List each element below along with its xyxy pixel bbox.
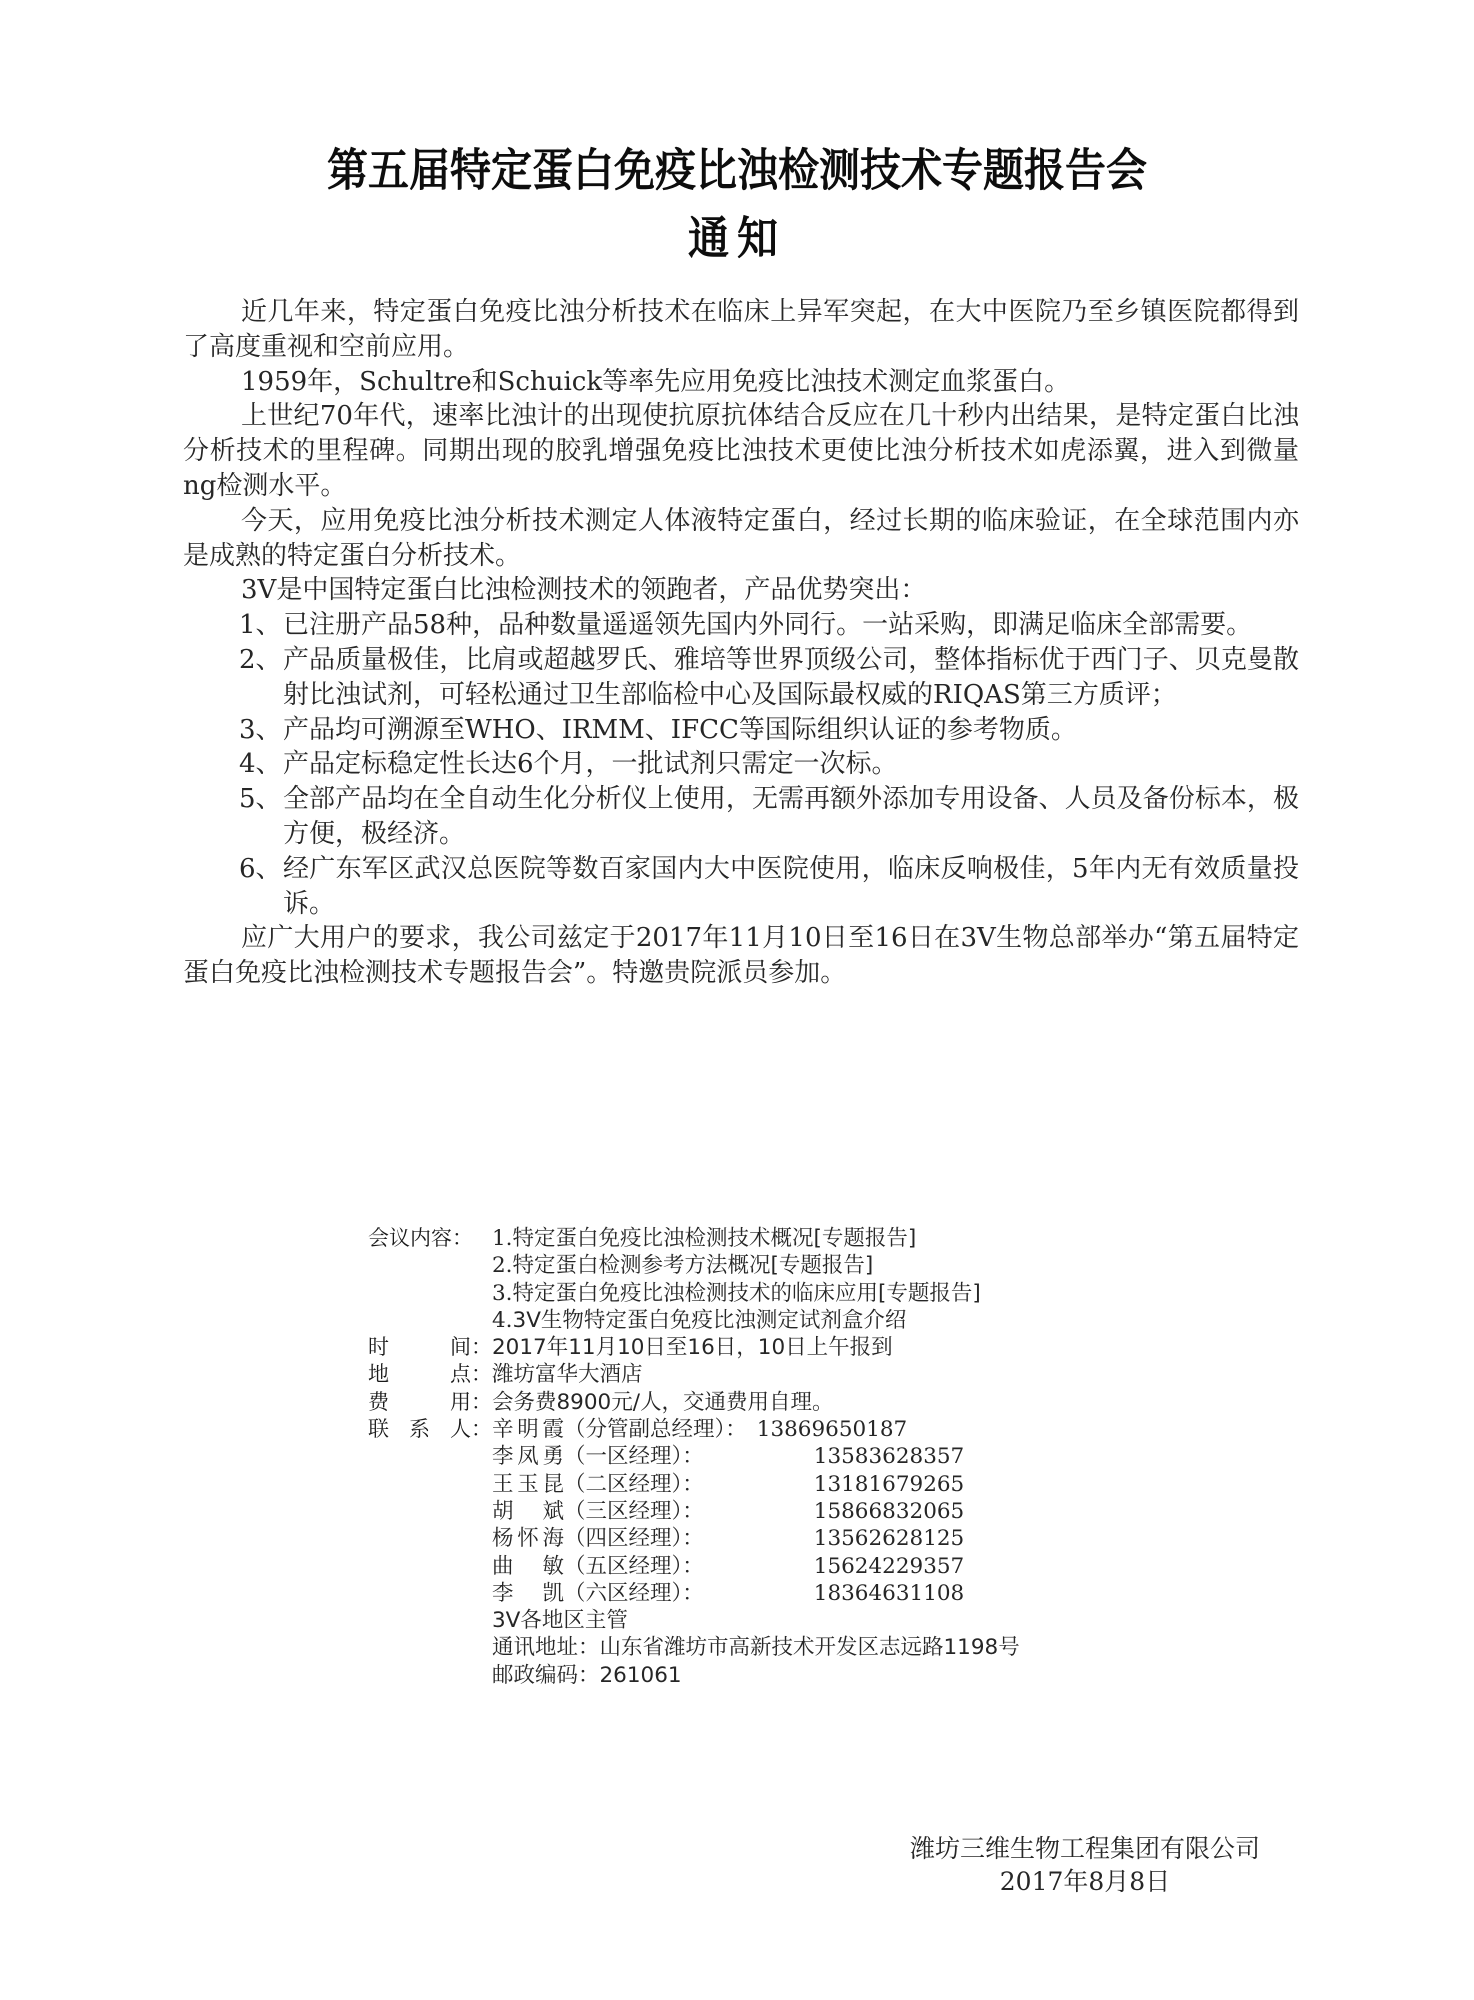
agenda-item: 4.3V生物特定蛋白免疫比浊测定试剂盒介绍: [492, 1307, 1328, 1334]
agenda-item: 1.特定蛋白免疫比浊检测技术概况[专题报告]: [492, 1225, 1328, 1252]
agenda-label: 会议内容：: [368, 1225, 492, 1334]
contact-role: （六区经理）：: [564, 1580, 704, 1607]
contact-name: 辛明霞: [492, 1416, 564, 1443]
contact-phone: 13181679265: [814, 1471, 964, 1498]
document-title: 第五届特定蛋白免疫比浊检测技术专题报告会: [0, 137, 1474, 203]
mailing-address: 通讯地址：山东省潍坊市高新技术开发区志远路1198号: [492, 1634, 1328, 1661]
location-value: 潍坊富华大酒店: [492, 1361, 1328, 1388]
agenda-list: 1.特定蛋白免疫比浊检测技术概况[专题报告] 2.特定蛋白检测参考方法概况[专题…: [492, 1225, 1328, 1334]
contact-name: 李 凯: [492, 1580, 564, 1607]
signature-block: 潍坊三维生物工程集团有限公司 2017年8月8日: [860, 1832, 1310, 1898]
contact-phone: 13869650187: [757, 1416, 907, 1443]
advantage-item: 3、 产品均可溯源至WHO、IRMM、IFCC等国际组织认证的参考物质。: [239, 713, 1299, 748]
regional-managers: 3V各地区主管: [492, 1607, 1328, 1634]
advantage-number: 3、: [239, 713, 283, 748]
advantage-text: 产品定标稳定性长达6个月，一批试剂只需定一次标。: [283, 747, 1299, 782]
meeting-details: 会议内容： 1.特定蛋白免疫比浊检测技术概况[专题报告] 2.特定蛋白检测参考方…: [368, 1225, 1328, 1689]
advantage-item: 5、 全部产品均在全自动生化分析仪上使用，无需再额外添加专用设备、人员及备份标本…: [239, 782, 1299, 852]
location-label: 地 点：: [368, 1361, 492, 1388]
advantage-list: 1、 已注册产品58种，品种数量遥遥领先国内外同行。一站采购，即满足临床全部需要…: [183, 608, 1299, 921]
contact-phone: 15866832065: [814, 1498, 964, 1525]
advantage-item: 2、 产品质量极佳，比肩或超越罗氏、雅培等世界顶级公司，整体指标优于西门子、贝克…: [239, 643, 1299, 713]
advantage-number: 5、: [239, 782, 283, 852]
advantage-number: 4、: [239, 747, 283, 782]
contact-role: （一区经理）：: [564, 1443, 704, 1470]
history-paragraph: 1959年，Schultre和Schuick等率先应用免疫比浊技术测定血浆蛋白。: [183, 365, 1299, 400]
advantage-number: 1、: [239, 608, 283, 643]
intro-paragraph: 近几年来，特定蛋白免疫比浊分析技术在临床上异军突起，在大中医院乃至乡镇医院都得到…: [183, 295, 1299, 365]
advantage-text: 全部产品均在全自动生化分析仪上使用，无需再额外添加专用设备、人员及备份标本，极方…: [283, 782, 1299, 852]
issue-date: 2017年8月8日: [860, 1865, 1310, 1898]
location-row: 地 点： 潍坊富华大酒店: [368, 1361, 1328, 1388]
company-name: 潍坊三维生物工程集团有限公司: [860, 1832, 1310, 1865]
agenda-item: 3.特定蛋白免疫比浊检测技术的临床应用[专题报告]: [492, 1280, 1328, 1307]
contacts-list: 辛明霞 （分管副总经理）： 13869650187 李凤勇 （一区经理）： 13…: [492, 1416, 1328, 1689]
contact-name: 王玉昆: [492, 1471, 564, 1498]
postal-code: 邮政编码：261061: [492, 1662, 1328, 1689]
contact-phone: 13583628357: [814, 1443, 964, 1470]
advantage-number: 2、: [239, 643, 283, 713]
time-label: 时 间：: [368, 1334, 492, 1361]
time-row: 时 间： 2017年11月10日至16日，10日上午报到: [368, 1334, 1328, 1361]
contact-entry: 胡 斌 （三区经理）： 15866832065: [492, 1498, 1328, 1525]
time-value: 2017年11月10日至16日，10日上午报到: [492, 1334, 1328, 1361]
contact-entry: 曲 敏 （五区经理）： 15624229357: [492, 1553, 1328, 1580]
advantage-item: 1、 已注册产品58种，品种数量遥遥领先国内外同行。一站采购，即满足临床全部需要…: [239, 608, 1299, 643]
milestone-paragraph: 上世纪70年代，速率比浊计的出现使抗原抗体结合反应在几十秒内出结果，是特定蛋白比…: [183, 399, 1299, 503]
contact-name: 胡 斌: [492, 1498, 564, 1525]
contact-name: 李凤勇: [492, 1443, 564, 1470]
fee-value: 会务费8900元/人，交通费用自理。: [492, 1389, 1328, 1416]
advantage-item: 4、 产品定标稳定性长达6个月，一批试剂只需定一次标。: [239, 747, 1299, 782]
contact-role: （二区经理）：: [564, 1471, 704, 1498]
notice-page: 第五届特定蛋白免疫比浊检测技术专题报告会 通知 近几年来，特定蛋白免疫比浊分析技…: [0, 0, 1474, 2000]
contact-entry: 辛明霞 （分管副总经理）： 13869650187: [492, 1416, 1328, 1443]
advantage-item: 6、 经广东军区武汉总医院等数百家国内大中医院使用，临床反响极佳，5年内无有效质…: [239, 852, 1299, 922]
contact-name: 杨怀海: [492, 1525, 564, 1552]
fee-row: 费 用： 会务费8900元/人，交通费用自理。: [368, 1389, 1328, 1416]
contact-entry: 王玉昆 （二区经理）： 13181679265: [492, 1471, 1328, 1498]
contact-role: （四区经理）：: [564, 1525, 704, 1552]
contact-entry: 李凤勇 （一区经理）： 13583628357: [492, 1443, 1328, 1470]
agenda-item: 2.特定蛋白检测参考方法概况[专题报告]: [492, 1252, 1328, 1279]
advantages-intro: 3V是中国特定蛋白比浊检测技术的领跑者，产品优势突出：: [183, 573, 1299, 608]
contact-phone: 13562628125: [814, 1525, 964, 1552]
fee-label: 费 用：: [368, 1389, 492, 1416]
contact-role: （五区经理）：: [564, 1553, 704, 1580]
advantage-text: 产品质量极佳，比肩或超越罗氏、雅培等世界顶级公司，整体指标优于西门子、贝克曼散射…: [283, 643, 1299, 713]
contact-phone: 15624229357: [814, 1553, 964, 1580]
title-block: 第五届特定蛋白免疫比浊检测技术专题报告会 通知: [0, 140, 1474, 268]
contact-name: 曲 敏: [492, 1553, 564, 1580]
contacts-label: 联 系 人：: [368, 1416, 492, 1689]
contact-entry: 李 凯 （六区经理）： 18364631108: [492, 1580, 1328, 1607]
notice-body: 近几年来，特定蛋白免疫比浊分析技术在临床上异军突起，在大中医院乃至乡镇医院都得到…: [183, 295, 1299, 991]
advantage-text: 已注册产品58种，品种数量遥遥领先国内外同行。一站采购，即满足临床全部需要。: [283, 608, 1299, 643]
contact-phone: 18364631108: [814, 1580, 964, 1607]
agenda-row: 会议内容： 1.特定蛋白免疫比浊检测技术概况[专题报告] 2.特定蛋白检测参考方…: [368, 1225, 1328, 1334]
advantage-text: 经广东军区武汉总医院等数百家国内大中医院使用，临床反响极佳，5年内无有效质量投诉…: [283, 852, 1299, 922]
contact-role: （分管副总经理）：: [564, 1416, 747, 1443]
contact-role: （三区经理）：: [564, 1498, 704, 1525]
closing-paragraph: 应广大用户的要求，我公司兹定于2017年11月10日至16日在3V生物总部举办“…: [183, 921, 1299, 991]
today-paragraph: 今天，应用免疫比浊分析技术测定人体液特定蛋白，经过长期的临床验证，在全球范围内亦…: [183, 504, 1299, 574]
advantage-number: 6、: [239, 852, 283, 922]
contact-entry: 杨怀海 （四区经理）： 13562628125: [492, 1525, 1328, 1552]
advantage-text: 产品均可溯源至WHO、IRMM、IFCC等国际组织认证的参考物质。: [283, 713, 1299, 748]
document-subtitle: 通知: [0, 205, 1474, 271]
contacts-row: 联 系 人： 辛明霞 （分管副总经理）： 13869650187 李凤勇 （一区…: [368, 1416, 1328, 1689]
